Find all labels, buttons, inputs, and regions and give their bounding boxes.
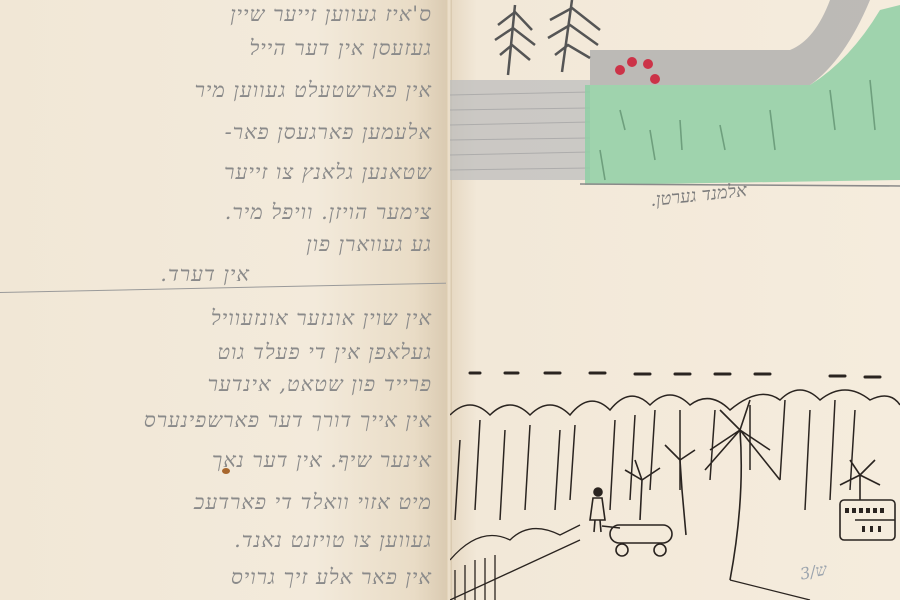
text-line: געזעסן אין דער הייל [249, 36, 432, 61]
ink-sketch-drawing [450, 360, 900, 600]
text-line: אין אייך דורך דער פארשפינערס [144, 408, 432, 433]
text-line: אין פארשטעלט געווען מיר [195, 78, 432, 103]
text-line: אלעמען פארגעסן פאר- [225, 120, 432, 145]
text-line: אין פאר אלע זיך גרויס [231, 565, 432, 590]
text-line: אין שוין אונזער אונזעוויל [211, 306, 432, 331]
text-line: מיט אזוי וואלד די פארדעכ [194, 490, 432, 515]
text-line: פרייד פון שטאט, אינדער [208, 372, 432, 397]
text-line: געווען צו טויזנט נאנד. [234, 528, 432, 553]
notebook-spread: ס'איז געווען זייער שיין געזעסן אין דער ה… [0, 0, 900, 600]
text-line: ס'איז געווען זייער שיין [230, 2, 432, 27]
left-page: ס'איז געווען זייער שיין געזעסן אין דער ה… [0, 0, 450, 600]
ink-stain [222, 468, 230, 474]
text-line: גע געווארן פון [306, 232, 432, 257]
text-line: צימער הויזן. וויפל מיר. [225, 200, 432, 225]
text-line: שטאנען גלאנץ צו זייער [224, 160, 432, 185]
text-line: אינער שיף. אין דער נאך [212, 448, 432, 473]
landscape-drawing [450, 0, 900, 200]
text-line: אין דערד. [160, 262, 250, 287]
text-line: געלאפן אין די פעלד גוט [217, 340, 432, 365]
